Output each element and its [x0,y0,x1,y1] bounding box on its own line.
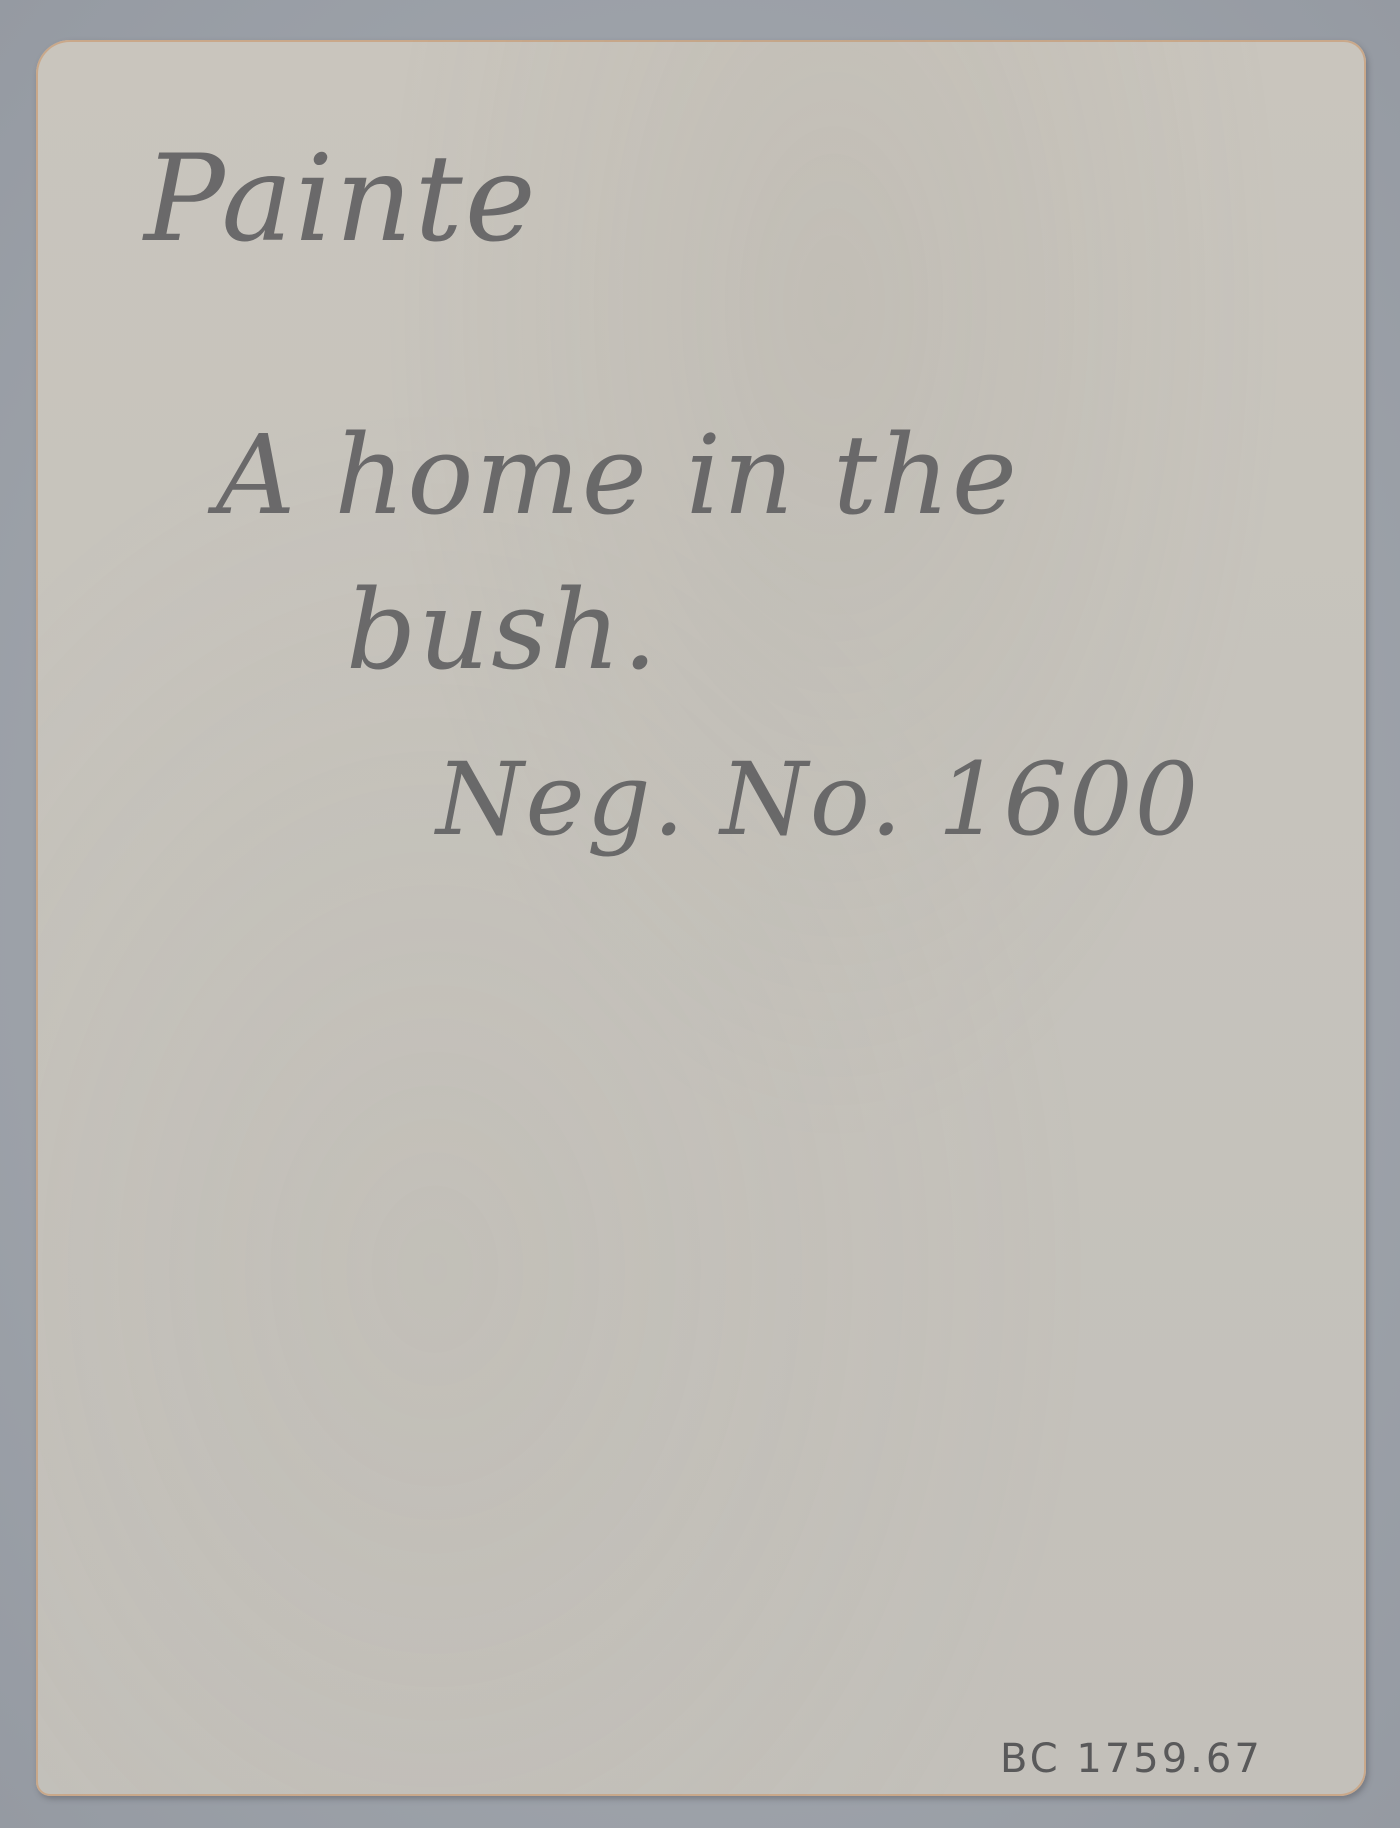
photo-card-verso: Painte A home in the bush. Neg. No. 1600 [36,40,1366,1796]
negative-number: Neg. No. 1600 [436,750,1200,850]
accession-number: BC 1759.67 [1000,1736,1263,1782]
caption-line-2: bush. [346,575,660,685]
caption-line-1: A home in the [216,420,1019,530]
title-inscription: Painte [144,140,538,260]
